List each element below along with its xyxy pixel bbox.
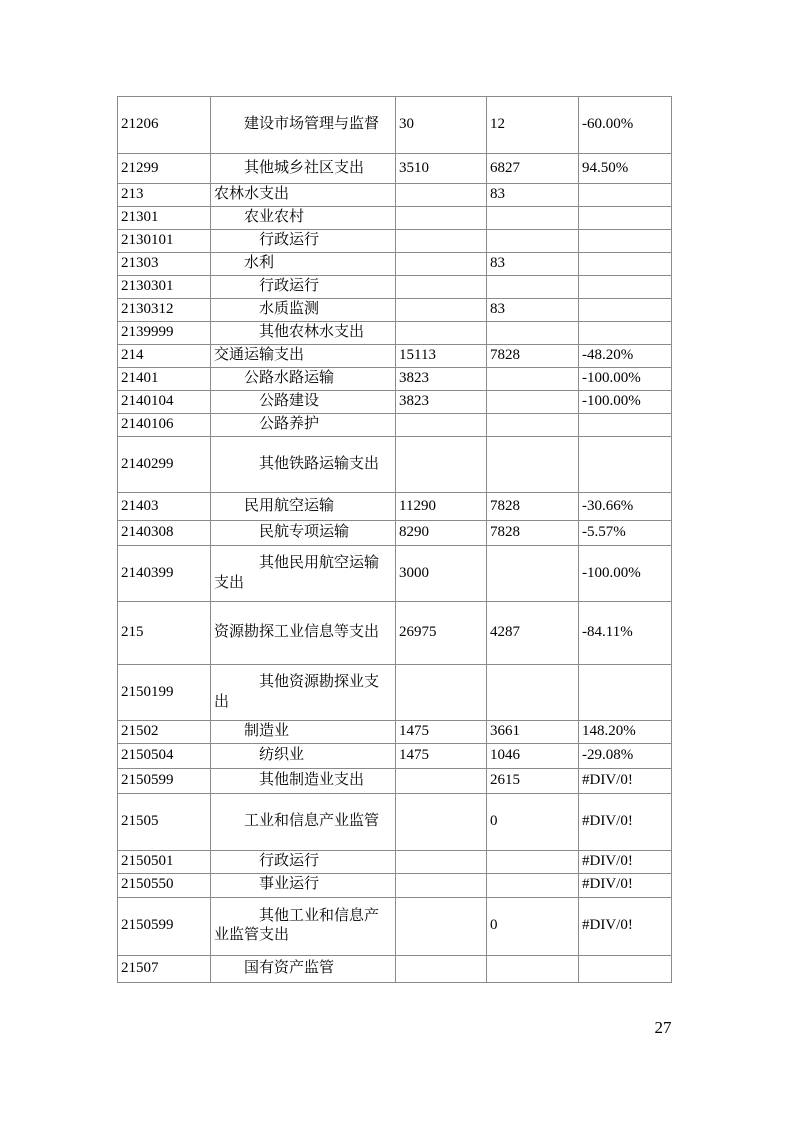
name-cell: 建设市场管理与监督 xyxy=(211,97,396,154)
budget-cell: 3510 xyxy=(396,154,487,184)
budget-cell xyxy=(396,230,487,253)
actual-cell xyxy=(487,207,579,230)
code-cell: 2140299 xyxy=(118,437,211,493)
actual-cell xyxy=(487,230,579,253)
change-cell: #DIV/0! xyxy=(579,768,672,793)
code-cell: 21502 xyxy=(118,721,211,744)
budget-cell xyxy=(396,793,487,850)
change-cell xyxy=(579,276,672,299)
budget-cell xyxy=(396,873,487,897)
budget-cell xyxy=(396,184,487,207)
change-cell: -84.11% xyxy=(579,602,672,665)
name-cell: 制造业 xyxy=(211,721,396,744)
actual-cell: 0 xyxy=(487,793,579,850)
budget-cell xyxy=(396,768,487,793)
change-cell xyxy=(579,299,672,322)
table-row: 2130312水质监测83 xyxy=(118,299,672,322)
name-cell: 水质监测 xyxy=(211,299,396,322)
budget-table: 21206建设市场管理与监督3012-60.00%21299其他城乡社区支出35… xyxy=(117,96,672,983)
actual-cell: 2615 xyxy=(487,768,579,793)
change-cell xyxy=(579,207,672,230)
budget-cell xyxy=(396,437,487,493)
actual-cell xyxy=(487,873,579,897)
table-row: 21502制造业14753661148.20% xyxy=(118,721,672,744)
name-cell: 纺织业 xyxy=(211,743,396,768)
table-row: 21507国有资产监管 xyxy=(118,955,672,982)
actual-cell: 1046 xyxy=(487,743,579,768)
table-row: 2150599其他制造业支出2615#DIV/0! xyxy=(118,768,672,793)
change-cell: -100.00% xyxy=(579,546,672,602)
code-cell: 2139999 xyxy=(118,322,211,345)
change-cell xyxy=(579,437,672,493)
code-cell: 21401 xyxy=(118,368,211,391)
table-row: 2150504纺织业14751046-29.08% xyxy=(118,743,672,768)
code-cell: 2140399 xyxy=(118,546,211,602)
change-cell: #DIV/0! xyxy=(579,793,672,850)
budget-cell: 3823 xyxy=(396,368,487,391)
table-row: 2140106公路养护 xyxy=(118,414,672,437)
table-row: 213农林水支出83 xyxy=(118,184,672,207)
actual-cell xyxy=(487,850,579,873)
change-cell xyxy=(579,665,672,721)
actual-cell: 3661 xyxy=(487,721,579,744)
change-cell: 94.50% xyxy=(579,154,672,184)
name-cell: 公路养护 xyxy=(211,414,396,437)
change-cell: 148.20% xyxy=(579,721,672,744)
code-cell: 2140308 xyxy=(118,521,211,546)
change-cell xyxy=(579,230,672,253)
change-cell xyxy=(579,253,672,276)
actual-cell xyxy=(487,955,579,982)
table-row: 2140299其他铁路运输支出 xyxy=(118,437,672,493)
budget-cell: 15113 xyxy=(396,345,487,368)
table-row: 2150599其他工业和信息产业监管支出0#DIV/0! xyxy=(118,897,672,955)
code-cell: 21206 xyxy=(118,97,211,154)
table-row: 2140104公路建设3823-100.00% xyxy=(118,391,672,414)
table-row: 21403民用航空运输112907828-30.66% xyxy=(118,493,672,521)
code-cell: 2150599 xyxy=(118,768,211,793)
code-cell: 2130312 xyxy=(118,299,211,322)
name-cell: 民航专项运输 xyxy=(211,521,396,546)
budget-cell: 3823 xyxy=(396,391,487,414)
budget-cell: 8290 xyxy=(396,521,487,546)
change-cell: -48.20% xyxy=(579,345,672,368)
name-cell: 资源勘探工业信息等支出 xyxy=(211,602,396,665)
name-cell: 行政运行 xyxy=(211,850,396,873)
table-row: 21401公路水路运输3823-100.00% xyxy=(118,368,672,391)
table-row: 2150199其他资源勘探业支出 xyxy=(118,665,672,721)
change-cell: -60.00% xyxy=(579,97,672,154)
code-cell: 21403 xyxy=(118,493,211,521)
name-cell: 水利 xyxy=(211,253,396,276)
table-row: 21303水利83 xyxy=(118,253,672,276)
name-cell: 其他铁路运输支出 xyxy=(211,437,396,493)
actual-cell xyxy=(487,437,579,493)
code-cell: 2140104 xyxy=(118,391,211,414)
table-row: 2140308民航专项运输82907828-5.57% xyxy=(118,521,672,546)
budget-cell: 11290 xyxy=(396,493,487,521)
actual-cell: 7828 xyxy=(487,345,579,368)
budget-cell xyxy=(396,322,487,345)
table-row: 215资源勘探工业信息等支出269754287-84.11% xyxy=(118,602,672,665)
name-cell: 公路水路运输 xyxy=(211,368,396,391)
name-cell: 其他城乡社区支出 xyxy=(211,154,396,184)
name-cell: 行政运行 xyxy=(211,230,396,253)
change-cell: #DIV/0! xyxy=(579,897,672,955)
code-cell: 21507 xyxy=(118,955,211,982)
actual-cell: 7828 xyxy=(487,493,579,521)
actual-cell xyxy=(487,368,579,391)
budget-cell: 3000 xyxy=(396,546,487,602)
name-cell: 其他农林水支出 xyxy=(211,322,396,345)
change-cell: -100.00% xyxy=(579,391,672,414)
code-cell: 21299 xyxy=(118,154,211,184)
name-cell: 其他民用航空运输支出 xyxy=(211,546,396,602)
actual-cell: 6827 xyxy=(487,154,579,184)
actual-cell xyxy=(487,276,579,299)
budget-cell xyxy=(396,665,487,721)
actual-cell xyxy=(487,414,579,437)
name-cell: 事业运行 xyxy=(211,873,396,897)
page-number: 27 xyxy=(645,1018,681,1038)
actual-cell: 0 xyxy=(487,897,579,955)
budget-cell xyxy=(396,955,487,982)
name-cell: 工业和信息产业监管 xyxy=(211,793,396,850)
budget-cell xyxy=(396,850,487,873)
code-cell: 2150504 xyxy=(118,743,211,768)
name-cell: 农林水支出 xyxy=(211,184,396,207)
actual-cell: 83 xyxy=(487,253,579,276)
code-cell: 2150501 xyxy=(118,850,211,873)
table-row: 21206建设市场管理与监督3012-60.00% xyxy=(118,97,672,154)
name-cell: 公路建设 xyxy=(211,391,396,414)
code-cell: 213 xyxy=(118,184,211,207)
name-cell: 国有资产监管 xyxy=(211,955,396,982)
code-cell: 2150599 xyxy=(118,897,211,955)
name-cell: 农业农村 xyxy=(211,207,396,230)
actual-cell xyxy=(487,322,579,345)
change-cell: -100.00% xyxy=(579,368,672,391)
table-row: 2130301行政运行 xyxy=(118,276,672,299)
budget-cell xyxy=(396,276,487,299)
budget-cell xyxy=(396,253,487,276)
name-cell: 其他工业和信息产业监管支出 xyxy=(211,897,396,955)
code-cell: 2140106 xyxy=(118,414,211,437)
actual-cell xyxy=(487,546,579,602)
budget-cell xyxy=(396,299,487,322)
code-cell: 21505 xyxy=(118,793,211,850)
change-cell: -29.08% xyxy=(579,743,672,768)
change-cell: #DIV/0! xyxy=(579,873,672,897)
table-row: 2150550事业运行#DIV/0! xyxy=(118,873,672,897)
change-cell: -5.57% xyxy=(579,521,672,546)
code-cell: 2130101 xyxy=(118,230,211,253)
actual-cell: 83 xyxy=(487,299,579,322)
budget-table-body: 21206建设市场管理与监督3012-60.00%21299其他城乡社区支出35… xyxy=(118,97,672,983)
name-cell: 其他资源勘探业支出 xyxy=(211,665,396,721)
budget-cell xyxy=(396,897,487,955)
code-cell: 21301 xyxy=(118,207,211,230)
budget-cell xyxy=(396,207,487,230)
change-cell xyxy=(579,955,672,982)
name-cell: 其他制造业支出 xyxy=(211,768,396,793)
budget-cell: 1475 xyxy=(396,743,487,768)
change-cell: #DIV/0! xyxy=(579,850,672,873)
actual-cell: 12 xyxy=(487,97,579,154)
table-row: 2140399其他民用航空运输支出3000-100.00% xyxy=(118,546,672,602)
change-cell: -30.66% xyxy=(579,493,672,521)
budget-cell: 1475 xyxy=(396,721,487,744)
budget-cell xyxy=(396,414,487,437)
name-cell: 交通运输支出 xyxy=(211,345,396,368)
change-cell xyxy=(579,184,672,207)
table-row: 21505工业和信息产业监管0#DIV/0! xyxy=(118,793,672,850)
change-cell xyxy=(579,414,672,437)
table-row: 2150501行政运行#DIV/0! xyxy=(118,850,672,873)
actual-cell xyxy=(487,391,579,414)
name-cell: 民用航空运输 xyxy=(211,493,396,521)
code-cell: 2130301 xyxy=(118,276,211,299)
document-page: 21206建设市场管理与监督3012-60.00%21299其他城乡社区支出35… xyxy=(0,0,793,1122)
code-cell: 2150550 xyxy=(118,873,211,897)
actual-cell: 7828 xyxy=(487,521,579,546)
actual-cell: 4287 xyxy=(487,602,579,665)
code-cell: 214 xyxy=(118,345,211,368)
actual-cell: 83 xyxy=(487,184,579,207)
table-row: 21299其他城乡社区支出3510682794.50% xyxy=(118,154,672,184)
table-row: 2139999其他农林水支出 xyxy=(118,322,672,345)
budget-cell: 30 xyxy=(396,97,487,154)
budget-cell: 26975 xyxy=(396,602,487,665)
code-cell: 2150199 xyxy=(118,665,211,721)
code-cell: 21303 xyxy=(118,253,211,276)
name-cell: 行政运行 xyxy=(211,276,396,299)
change-cell xyxy=(579,322,672,345)
code-cell: 215 xyxy=(118,602,211,665)
table-row: 214交通运输支出151137828-48.20% xyxy=(118,345,672,368)
table-row: 21301农业农村 xyxy=(118,207,672,230)
actual-cell xyxy=(487,665,579,721)
table-row: 2130101行政运行 xyxy=(118,230,672,253)
